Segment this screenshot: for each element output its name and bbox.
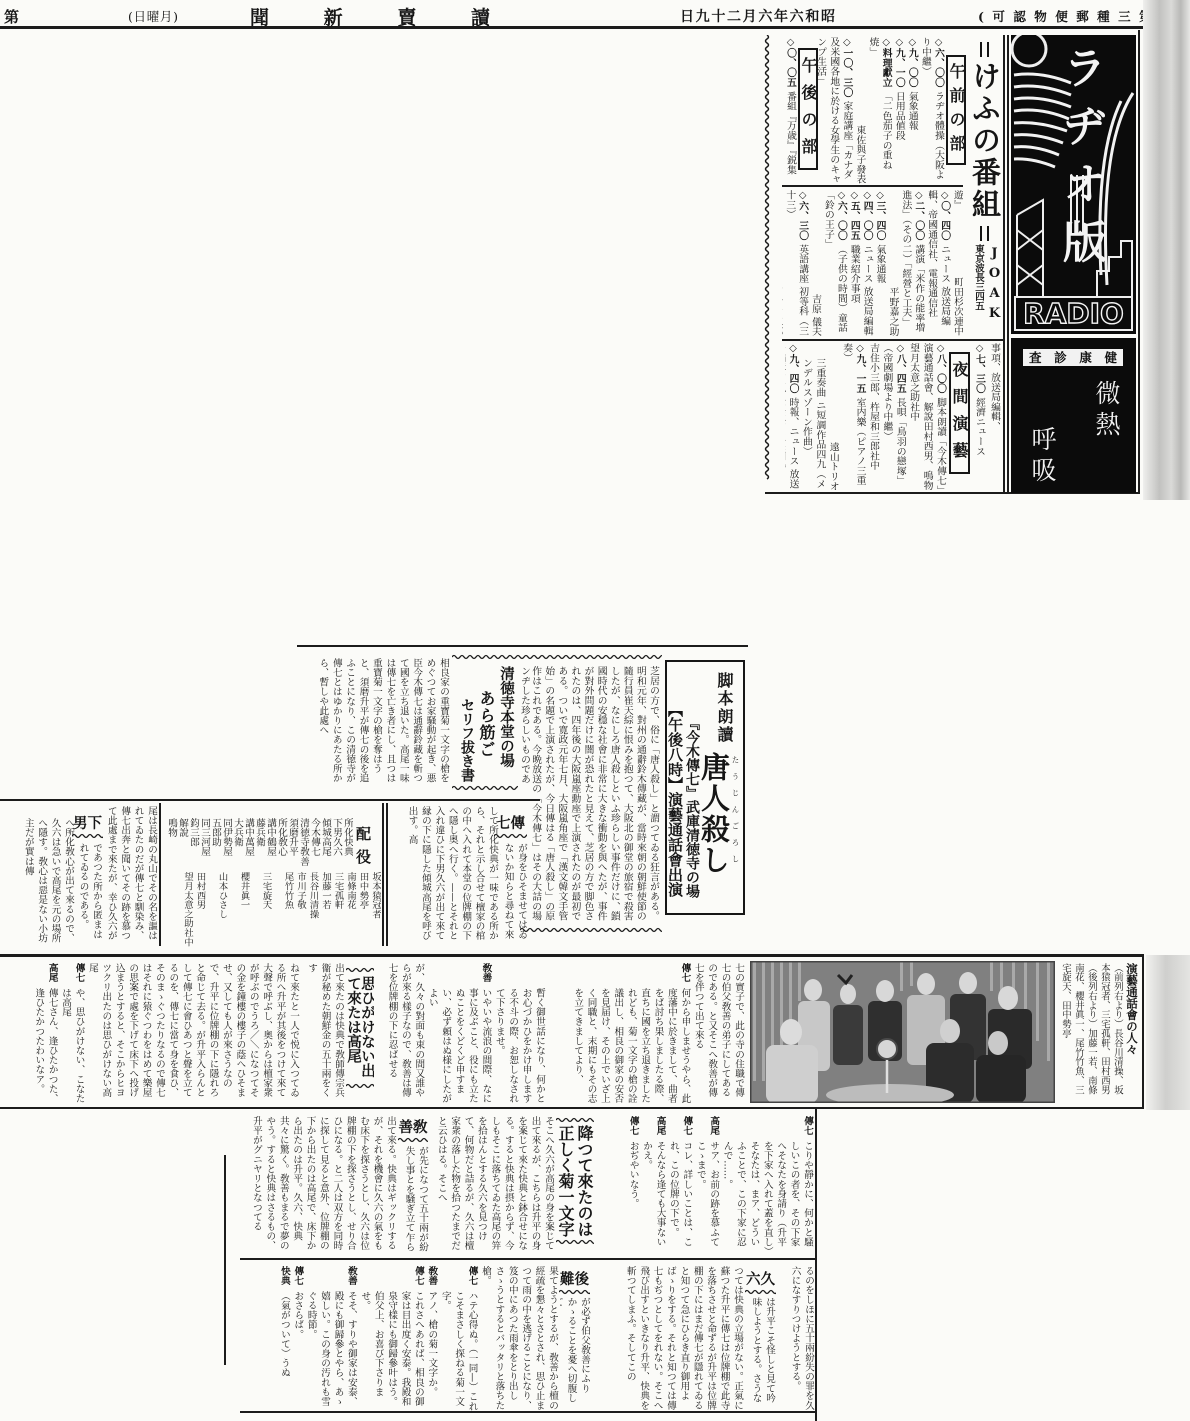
evening-section-label: 夜間演藝 (949, 352, 970, 474)
program-title: 職業紹介事項 (849, 244, 860, 303)
cast-role: 講中萬屋 大兵衛 (232, 818, 254, 872)
afternoon-section-label: 午後の部 (798, 48, 818, 170)
program-item: ◇八、〇〇脚本朗讀「今木傳七」演藝通話會、解說田村西男、鳴物望月太意之助社中 (907, 343, 947, 491)
rule-line (782, 185, 963, 187)
synopsis-subheading: セリフ拔き書 (457, 698, 476, 786)
dialogue-speaker: 敎善 (345, 1266, 358, 1291)
dialogue-text: こりや靜かに、何かと騷しいこの者を、その下家へそなたを身請り（升平を下家へ入れて… (722, 1141, 813, 1251)
program-time: 一〇、三〇 (841, 48, 852, 97)
wavy-rule (72, 833, 103, 839)
radio-page-logo: ラヂオ版 RADIO (1011, 35, 1136, 334)
cast-role: 鳴物 (166, 818, 177, 872)
program-item: ◇四、〇〇ニュース 放送局編輯 (860, 190, 873, 336)
dialogue-line: 敎善アノ、槍の菊一文字か。 (425, 1266, 438, 1411)
article-subtitle: 『今木傳七』武庫清徳寺の場 (683, 716, 700, 906)
program-detail: 三重奏曲 ニ短調作品四九（メンデルスゾーン作曲） (800, 343, 827, 491)
program-title: 氣象通報 (875, 244, 886, 283)
cast-actor: 田中勢亭 (356, 872, 369, 948)
program-item-continued: 遊』町田杉次連中 (950, 190, 963, 336)
diamond-bullet-icon: ◇ (836, 190, 847, 201)
program-title: 氣象通報 (907, 91, 918, 130)
dialogue-text: ハテ心得ぬ。（一同—）これこそまさしく探ねる菊一文字。 (440, 1291, 478, 1411)
story-text-block: 果てようとするが、敎善から檀の經疏を懇々とさとされ、思ひ止まつて雨の中を逃げるこ… (240, 1266, 559, 1411)
program-title: 日用品値段 (894, 91, 905, 140)
program-time: 〇、四〇 (939, 201, 950, 240)
story-text: であつた所から匿まはれてゐるのである。が、そこ (76, 843, 103, 946)
story-text: そこへ久六が高尾の身を案じて出て來るが、こちらは升平の身を案じて來た快典と鉢合せ… (430, 1116, 555, 1256)
dialogue-line: 傳七何から申しませうやら、此度藩中に於きまして、曲者をば討ち果しましたる際、直ち… (571, 963, 692, 1105)
dialogue-line: 傳七コレ、詳しいことは、これ、この位牌の下で。 (667, 1116, 694, 1256)
program-item: ◇九、四〇時報、ニュース 放送局編輯、氣象通報、生糸相場 (785, 343, 800, 491)
program-time: 八、四五 (895, 354, 906, 393)
wavy-rule (559, 1289, 590, 1295)
inline-keyword-heading: 敎善 (398, 1119, 428, 1136)
evening-program-list-right: 事項、放送局編輯、 ◇七、三〇經濟ニュース (970, 343, 1002, 491)
synopsis-text: 相良家の重寶菊一文字の槍をめぐつてお家騒動が起き、悪臣今木傳七は通辭鈴藏を斬つて… (300, 658, 450, 792)
rule-line (1003, 35, 1005, 493)
wavy-rule (520, 927, 662, 933)
cast-role: 所化快典 (342, 818, 353, 872)
story-text-block: ねて來たと一人で悦に入つてゐる所へ升平が其後をつけて來て大聲で呼ぶし、奥からは檀… (2, 963, 300, 1105)
rule-line (159, 803, 161, 946)
diamond-bullet-icon: ◇ (907, 37, 918, 48)
program-time: 九、一〇 (894, 48, 905, 87)
radio-logo-japanese: ラヂオ版 (1053, 45, 1107, 297)
diamond-bullet-icon: ◇ (939, 190, 950, 201)
dialogue-line: 高尾そんなら逢ても大事ないかえ。 (640, 1116, 667, 1256)
dialogue-speaker: 傳七 (680, 1116, 693, 1141)
wavy-rule (556, 1117, 594, 1123)
program-title: 番組『万歳』『鋭集 (785, 91, 796, 174)
health-column-label: 健康診査 (1023, 349, 1123, 366)
dialogue-speaker: 高尾 (707, 1116, 720, 1141)
dialogue-line: 快典（氣がついて）うぬ (277, 1266, 290, 1411)
dialogue-text: や、思ひがけない、こなたは高尾 (60, 988, 84, 1103)
dialogue-speaker: 傳七 (291, 1266, 304, 1291)
dialogue-speaker: 高尾 (45, 963, 58, 988)
afternoon-first-item: ◇〇、〇五番組『万歳』『鋭集 (783, 37, 797, 184)
postal-note: (第三種郵便物認可) (978, 7, 1166, 25)
program-item: ◇九、〇〇氣象通報 (906, 37, 919, 184)
program-time: 九、四〇 (788, 354, 799, 393)
program-time: 料理獻立 (881, 48, 892, 87)
rule-line (0, 799, 540, 801)
headline-ruby: たうじんごろし (730, 756, 740, 881)
story-text: 出て來る。快典はギックリするが、それを機會に久六の氣をもむ床下を探さうとし、久六… (240, 1116, 397, 1256)
wavy-rule (452, 785, 518, 791)
dialogue-speaker: 傳七 (465, 1266, 478, 1291)
cast-actor: 南條南花 (344, 872, 357, 948)
dialogue-continued: 暫く御世話になり、何かとお心づかひをかけ申しまする不斗の際、お恕しなされて下さり… (492, 963, 546, 1105)
wavy-rule (452, 654, 662, 660)
dialogue-text: そんなら逢ても大事ないかえ。 (641, 1141, 665, 1247)
story-text: して所化快典が一味である所から、それと示し合せて檀家の棺の中へ入れて本堂の位牌棚… (389, 806, 499, 948)
dialogue-speaker: 敎善 (479, 963, 492, 988)
issue-date: 昭和六年六月二十九日 (680, 6, 835, 26)
program-item: ◇八、四五長唄「鳥羽の戀塚」（帝國劇場より中繼）吉住小三郎、杵屋和三郎社中 (867, 343, 907, 491)
program-time: 二、〇〇 (913, 201, 924, 240)
program-item: ◇六、〇〇（子供の時間）童話「鈴の王子」吉原 儀夫 (808, 190, 847, 336)
rule-line (782, 339, 1003, 341)
story-text: が、久々の對面も束の間又誰やらが來る樣子なので、敎善は傳七を位牌棚の下に忍ばせる (385, 963, 425, 1105)
title-ornament-icon (980, 226, 989, 241)
station-callsign: JOAK (986, 246, 1002, 322)
group-photo (750, 961, 1055, 1103)
program-item-continued: 事項、放送局編輯、 (987, 343, 1002, 491)
program-performer: 吉住小三郎、杵屋和三郎社中 (867, 343, 880, 491)
program-item: ◇五、四五職業紹介事項 (847, 190, 860, 336)
story-text: 出て來たのは快典で敎師傳宗兵衞が秘めた朝鮮金の五十兩をくす (301, 963, 345, 1105)
afternoon-program-list: 遊』町田杉次連中 ◇〇、四〇ニュース 放送局編輯、帝國通信社、電報通信社 ◇二、… (782, 190, 963, 336)
radio-logo-english: RADIO (1017, 298, 1130, 330)
program-item: ◇九、一〇日用品値段 (893, 37, 906, 184)
program-item: ◇〇、〇五番組『万歳』『鋭集 (784, 37, 797, 184)
dialogue-line: 高尾傳七さん、逢ひたかつた、逢ひたかつたわいなア。 (32, 963, 59, 1105)
cast-actor: 長谷川清操 (306, 872, 319, 948)
dialogue-speaker: 傳七 (412, 1266, 425, 1291)
story-text: が身をひそませてはゐないか知らと尋ねて來た。そ (500, 843, 528, 947)
cast-actor: 山本ひさし (206, 872, 228, 948)
diamond-bullet-icon: ◇ (862, 190, 873, 201)
article-intro: 芝居の方で、俗に「唐人殺し」と謂つてゐる狂言がある。明和元年、對州の通辭鈴木傳藏… (529, 666, 660, 928)
program-time: 九、一五 (855, 354, 866, 393)
dialogue-line: 敎善そそ、すりや御家は安泰、殿にも御歸參とやら、あゝ嬉しい。この身の汚れも雪ぐる… (304, 1266, 358, 1411)
story-dialogue-block: 傳七こりや靜かに、何かと騷しいこの者を、その下家へそなたを身請り（升平を下家へ入… (598, 1116, 814, 1256)
story-text: へ所化敎心が出て來るので、久六は急いで高尾を元の場所へ隱す。敎心は惡是ない小坊主… (2, 818, 75, 946)
dialogue-speaker: 傳七 (72, 963, 85, 988)
rule-line (1007, 35, 1009, 493)
story-text: 七の實子で、此の寺の住職で傳七の伯父敎善の弟子にしてあるのである。と又そこへ敎善… (691, 963, 745, 1105)
dialogue-text: これさへあれば、相良の御家は目出度く安泰。我殿和泉守樣にも御歸參叶はう。伯父上、… (359, 1291, 424, 1406)
story-text: るのをしほに五十兩紛失の罪を久六になすりつけようとする。 (776, 1266, 815, 1411)
story-text: が必ず伯父敎善にふりかゝることを憂へ切腹して (560, 1297, 591, 1411)
rule-line (240, 1411, 817, 1413)
health-column-title: 微熱 (1091, 380, 1121, 455)
cast-role: 解說 (177, 818, 188, 872)
dialogue-line: 傳七や、思ひがけない、こなたは高尾 (59, 963, 86, 1105)
inline-keyword-heading: 後難 (559, 1271, 590, 1288)
rule-line (386, 803, 388, 946)
scan-edge-noise (1143, 0, 1190, 500)
cast-actor: 坂本猿冠者 (369, 872, 382, 948)
diamond-bullet-icon: ◇ (895, 343, 906, 354)
story-subheading: 思ひがけない出て來たは高尾 (346, 976, 374, 1080)
program-time: 八、〇〇 (935, 354, 946, 393)
radio-title: けふの番組 (968, 61, 1002, 227)
morning-program-list: ◇六、〇〇ラヂオ體操（大阪より中繼） ◇九、〇〇氣象通報 ◇九、一〇日用品値段 … (818, 37, 945, 184)
rule-line (297, 645, 748, 647)
photo-caption: 演藝通話會の人々 （前列右より）長谷川清操、坂本猿冠者、三宅孤軒、田村西男（後列… (1056, 963, 1140, 1103)
cast-actor: 市川子敬 (294, 872, 307, 948)
dialogue-text: （氣がついて）うぬ (279, 1291, 290, 1377)
dialogue-text: コレ、詳しいことは、これ、この位牌の下で。 (668, 1141, 692, 1247)
page-number-label: 第 (4, 6, 19, 27)
program-title: ニュース 放送局編輯 (862, 244, 873, 335)
program-item: ◇九、一五室内樂（ピアノ三重奏）遠山トリオ (826, 343, 866, 491)
dialogue-line: 傳七おぢやいなう。 (626, 1116, 639, 1256)
story-text: 尾は長崎の丸山でその名を謳はれてゐたのだが傳七と馴染み、傳七出奔と聞いてその跡を… (104, 806, 158, 946)
program-item: ◇六、〇〇ラヂオ體操（大阪より中繼） (919, 37, 945, 184)
masthead-rule (0, 26, 1170, 29)
wavy-rule (398, 1137, 428, 1143)
program-time: 三、四〇 (875, 201, 886, 240)
dialogue-line: 傳七これさへあれば、相良の御家は目出度く安泰。我殿和泉守樣にも御歸參叶はう。伯父… (358, 1266, 425, 1411)
diamond-bullet-icon: ◇ (881, 37, 892, 48)
program-time: 六、〇〇 (836, 201, 847, 240)
dialogue-line: 傳七おさらば。 (291, 1266, 304, 1411)
rule-line (1138, 30, 1140, 493)
station-wavelength: 東京波長三四五 (971, 244, 985, 324)
synopsis-subheading: あら筋ご (477, 690, 496, 770)
photo-caption-title: 演藝通話會の人々 (1124, 963, 1140, 1103)
rule-line (240, 1258, 815, 1260)
cast-role: 須磨升平 (287, 818, 298, 872)
cast-role: 傾城高尾 (320, 818, 331, 872)
evening-program-list: ◇八、〇〇脚本朗讀「今木傳七」演藝通話會、解說田村西男、鳴物望月太意之助社中 ◇… (785, 343, 947, 491)
wavy-border (763, 35, 771, 493)
dialogue-line: 傳七こりや靜かに、何かと騷しいこの者を、その下家へそなたを身請り（升平を下家へ入… (720, 1116, 814, 1256)
program-item: ◇六、三〇英語講座 初等科（三十三）岡倉由三郎 (782, 190, 808, 336)
scan-edge-noise (1146, 955, 1190, 1110)
diamond-bullet-icon: ◇ (875, 190, 886, 201)
diamond-bullet-icon: ◇ (797, 190, 808, 201)
story-subheading: 降つて來たのは正しく菊一文字 (556, 1125, 594, 1238)
cast-role: 清徳寺敎善 (298, 818, 309, 872)
cast-actor: 櫻井眞一 (228, 872, 250, 948)
photo-caption-names: （前列右より）長谷川清操、坂本猿冠者、三宅孤軒、田村西男（後列右より）加藤一若、… (1059, 963, 1124, 1103)
story-text: は升平こそ怪しと見て吟味しようとする。さうな (745, 1297, 776, 1411)
program-time: 〇、〇五 (785, 48, 796, 87)
cast-role: 講中鶴屋 藤兵衛 (254, 818, 276, 872)
diamond-bullet-icon: ◇ (841, 37, 852, 48)
diamond-bullet-icon: ◇ (849, 190, 860, 201)
wavy-rule (346, 967, 374, 973)
dialogue-text: アノ、槍の菊一文字か。 (426, 1291, 437, 1397)
rule-line (1142, 954, 1144, 1109)
health-column-title: 呼吸器 (1027, 426, 1057, 493)
dialogue-line: 敎善いやいや流浪の間際、なに事に及ぶこと、役にも立たぬことをくどくど申すまい、必… (425, 963, 492, 1105)
program-item: ◇三、四〇氣象通報 (873, 190, 886, 336)
wavy-rule (346, 1083, 374, 1089)
health-column-banner: 健康診査 微熱 呼吸器 (1011, 338, 1136, 493)
program-item: ◇七、三〇經濟ニュース (972, 343, 987, 491)
dialogue-text: いやいや流浪の間際、なに事に及ぶこと、役にも立たぬことをくどくど申すまい、必ず頼… (427, 988, 492, 1103)
dialogue-text: 傳七さん、逢ひたかつた、逢ひたかつたわいなア。 (33, 988, 57, 1103)
program-item: ◇〇、四〇ニュース 放送局編輯、帝國通信社、電報通信社 (924, 190, 950, 336)
weekday: (月曜日) (128, 7, 178, 25)
dialogue-line: 傳七ハテ心得ぬ。（一同—）これこそまさしく探ねる菊一文字。 (438, 1266, 478, 1411)
cast-actor: 尾竹竹魚 (272, 872, 294, 948)
title-ornament-icon (980, 42, 989, 57)
story-text-block: 暫く御世話になり、何かとお心づかひをかけ申しまする不斗の際、お恕しなされて下さり… (374, 963, 546, 1105)
cast-roles: 所化快典 下男久六 傾城高尾 今木傳七 清徳寺敎善 須磨升平 所化敎心 講中鶴屋… (165, 818, 353, 872)
dialogue-speaker: 高尾 (653, 1116, 666, 1141)
story-text: ねて來たと一人で悦に入つてゐる所へ升平が其後をつけて來て大聲で呼ぶし、奥からは檀… (86, 963, 301, 1105)
story-text: つては快典の立場がない。正氣に蘇つた升平に傳七は位牌棚で此寺を落ちさせと命ずるが… (598, 1266, 744, 1411)
diamond-bullet-icon: ◇ (935, 343, 946, 354)
rule-line (382, 803, 384, 946)
rule-line (0, 1107, 1144, 1109)
cast-role: 今木傳七 (309, 818, 320, 872)
dialogue-speaker: 敎善 (425, 1266, 438, 1291)
program-performer: 東佐與子發表 (853, 125, 866, 184)
morning-section-label: 午前の部 (946, 55, 966, 165)
cast-actor: 加藤一若 (319, 872, 332, 948)
dialogue-speaker: 快典 (277, 1266, 290, 1291)
dialogue-line: 高尾サア、お前の跡を慕ふてこゝまで。 (693, 1116, 720, 1256)
dialogue-speaker: 傳七 (801, 1116, 814, 1141)
program-performer: 町田杉次連中 (950, 277, 963, 336)
article-kicker: 脚本朗讀 (713, 672, 735, 752)
article-intro-tail: ンヂした珍らしいものである。 (518, 666, 530, 796)
wavy-rule (556, 1239, 594, 1245)
program-title: 經濟ニュース (974, 397, 985, 456)
diamond-bullet-icon: ◇ (974, 343, 985, 354)
dialogue-text: サア、お前の跡を慕ふてこゝまで。 (695, 1141, 719, 1247)
program-time: 六、三〇 (797, 201, 808, 240)
rule-line (0, 954, 1144, 957)
dialogue-text: おさらば。 (292, 1291, 303, 1339)
story-text: が先になつて五十兩が紛失し事とを騒ぎ立て乍ら (398, 1146, 429, 1256)
cast-actors: 坂本猿冠者 田中勢亭 南條南花 三宅孤軒 加藤一若 長谷川清操 市川子敬 尾竹竹… (178, 872, 381, 948)
cast-actor: 田村西男 (193, 872, 206, 948)
inline-keyword-heading: 久六 (745, 1271, 776, 1288)
diamond-bullet-icon: ◇ (933, 37, 944, 48)
group-photo-image (750, 961, 1055, 1103)
cast-role: 下男久六 (331, 818, 342, 872)
program-item: ◇二、〇〇講演「米作の能率増進法」（その二）「經營と工夫」平野嘉之助 (886, 190, 925, 336)
broadcast-schedule: 【午後八時】演藝通話會出演 (666, 702, 683, 910)
program-title: 遊』 (950, 190, 963, 210)
cast-role: 同三河屋 鈞三郎 (188, 818, 210, 872)
cast-actor: 三宅旋天 (250, 872, 272, 948)
rule-line (224, 1155, 226, 1365)
program-time: 六、〇〇 (933, 48, 944, 87)
cast-role: 所化敎心 (276, 818, 287, 872)
inline-keyword-heading: 下男 (72, 815, 103, 832)
synopsis-heading: 清徳寺本堂の場 (497, 666, 516, 776)
dialogue-speaker: 傳七 (678, 963, 691, 988)
program-time: 五、四五 (849, 201, 860, 240)
program-performer: 吉原 儀夫 (808, 294, 821, 336)
diamond-bullet-icon: ◇ (855, 343, 866, 354)
story-text: 果てようとするが、敎善から檀の經疏を懇々とさとされ、思ひ止まつて雨の中を逃げるこ… (479, 1266, 559, 1411)
wavy-rule (745, 1289, 776, 1295)
article-headline: 唐人殺し (698, 752, 730, 884)
cast-actor: 望月太意之助社中 (181, 872, 194, 948)
rule-line (815, 1108, 817, 1421)
diamond-bullet-icon: ◇ (913, 190, 924, 201)
program-time: 四、〇〇 (862, 201, 873, 240)
dialogue-text: そそ、すりや御家は安泰、殿にも御歸參とやら、あゝ嬉しい。この身の汚れも雪ぐる時節… (306, 1291, 357, 1406)
program-time: 九、〇〇 (907, 48, 918, 87)
program-performer: 平野嘉之助 (886, 287, 899, 336)
cast-heading: 配役 (354, 826, 372, 872)
program-time: 七、三〇 (974, 354, 985, 393)
dialogue-text: おぢやいなう。 (628, 1141, 639, 1208)
dialogue-speaker: 傳七 (626, 1116, 639, 1141)
dialogue-text: 何から申しませうやら、此度藩中に於きまして、曲者をば討ち果しましたる際、直ちに國… (572, 988, 690, 1103)
story-text-block: 七の實子で、此の寺の住職で傳七の伯父敎善の弟子にしてあるのである。と又そこへ敎善… (547, 963, 745, 1105)
program-item: ◇料理獻立「二色茄子の重ね焼」東佐與子發表 (853, 37, 892, 184)
cast-actor: 三宅孤軒 (331, 872, 344, 948)
program-performer: 遠山トリオ (826, 442, 839, 491)
cast-role: 同伊勢屋 五郎助 (210, 818, 232, 872)
program-item: ◇一〇、三〇家庭講座「カナダ及米國各地に於ける女學生のキャンプ生活」丹羽多嘉子 (818, 37, 853, 184)
diamond-bullet-icon: ◇ (788, 343, 799, 354)
diamond-bullet-icon: ◇ (894, 37, 905, 48)
diamond-bullet-icon: ◇ (785, 37, 796, 48)
